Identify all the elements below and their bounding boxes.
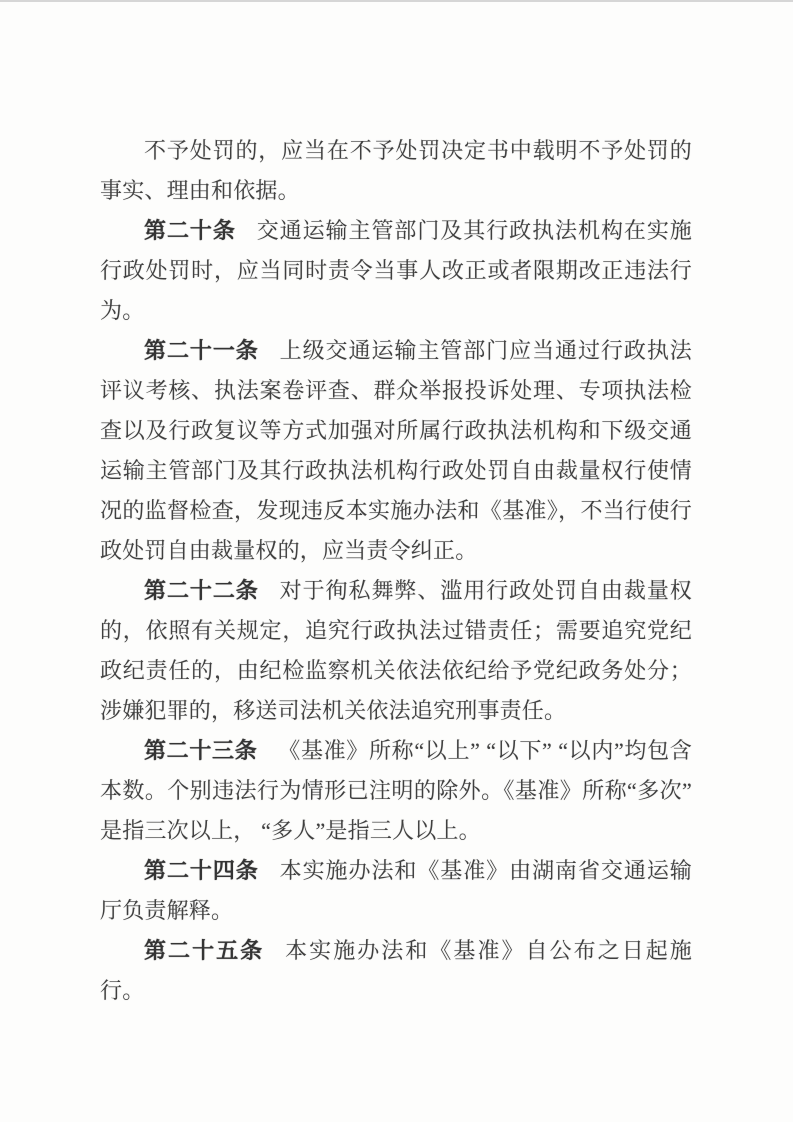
paragraph: 第二十一条上级交通运输主管部门应当通过行政执法评议考核、执法案卷评查、群众举报投… <box>100 331 692 571</box>
scan-top-edge-line <box>0 0 793 2</box>
article-number: 第二十条 <box>144 218 236 243</box>
article-text: 上级交通运输主管部门应当通过行政执法评议考核、执法案卷评查、群众举报投诉处理、专… <box>100 338 692 563</box>
document-page: 不予处罚的，应当在不予处罚决定书中载明不予处罚的事实、理由和依据。第二十条交通运… <box>0 0 793 1122</box>
paragraph: 第二十四条本实施办法和《基准》由湖南省交通运输厅负责解释。 <box>100 851 692 931</box>
article-number: 第二十一条 <box>144 338 259 363</box>
article-number: 第二十四条 <box>144 858 259 883</box>
paragraph: 第二十条交通运输主管部门及其行政执法机构在实施行政处罚时，应当同时责令当事人改正… <box>100 211 692 331</box>
paragraph: 第二十二条对于徇私舞弊、滥用行政处罚自由裁量权的，依照有关规定，追究行政执法过错… <box>100 571 692 731</box>
paragraph: 第二十五条本实施办法和《基准》自公布之日起施行。 <box>100 931 692 1011</box>
article-number: 第二十五条 <box>144 938 264 963</box>
article-number: 第二十二条 <box>144 578 259 603</box>
article-number: 第二十三条 <box>144 738 257 763</box>
document-body: 不予处罚的，应当在不予处罚决定书中载明不予处罚的事实、理由和依据。第二十条交通运… <box>100 131 692 1011</box>
paragraph: 不予处罚的，应当在不予处罚决定书中载明不予处罚的事实、理由和依据。 <box>100 131 692 211</box>
paragraph: 第二十三条《基准》所称“以上” “以下” “以内”均包含本数。个别违法行为情形已… <box>100 731 692 851</box>
article-text: 不予处罚的，应当在不予处罚决定书中载明不予处罚的事实、理由和依据。 <box>100 138 692 203</box>
